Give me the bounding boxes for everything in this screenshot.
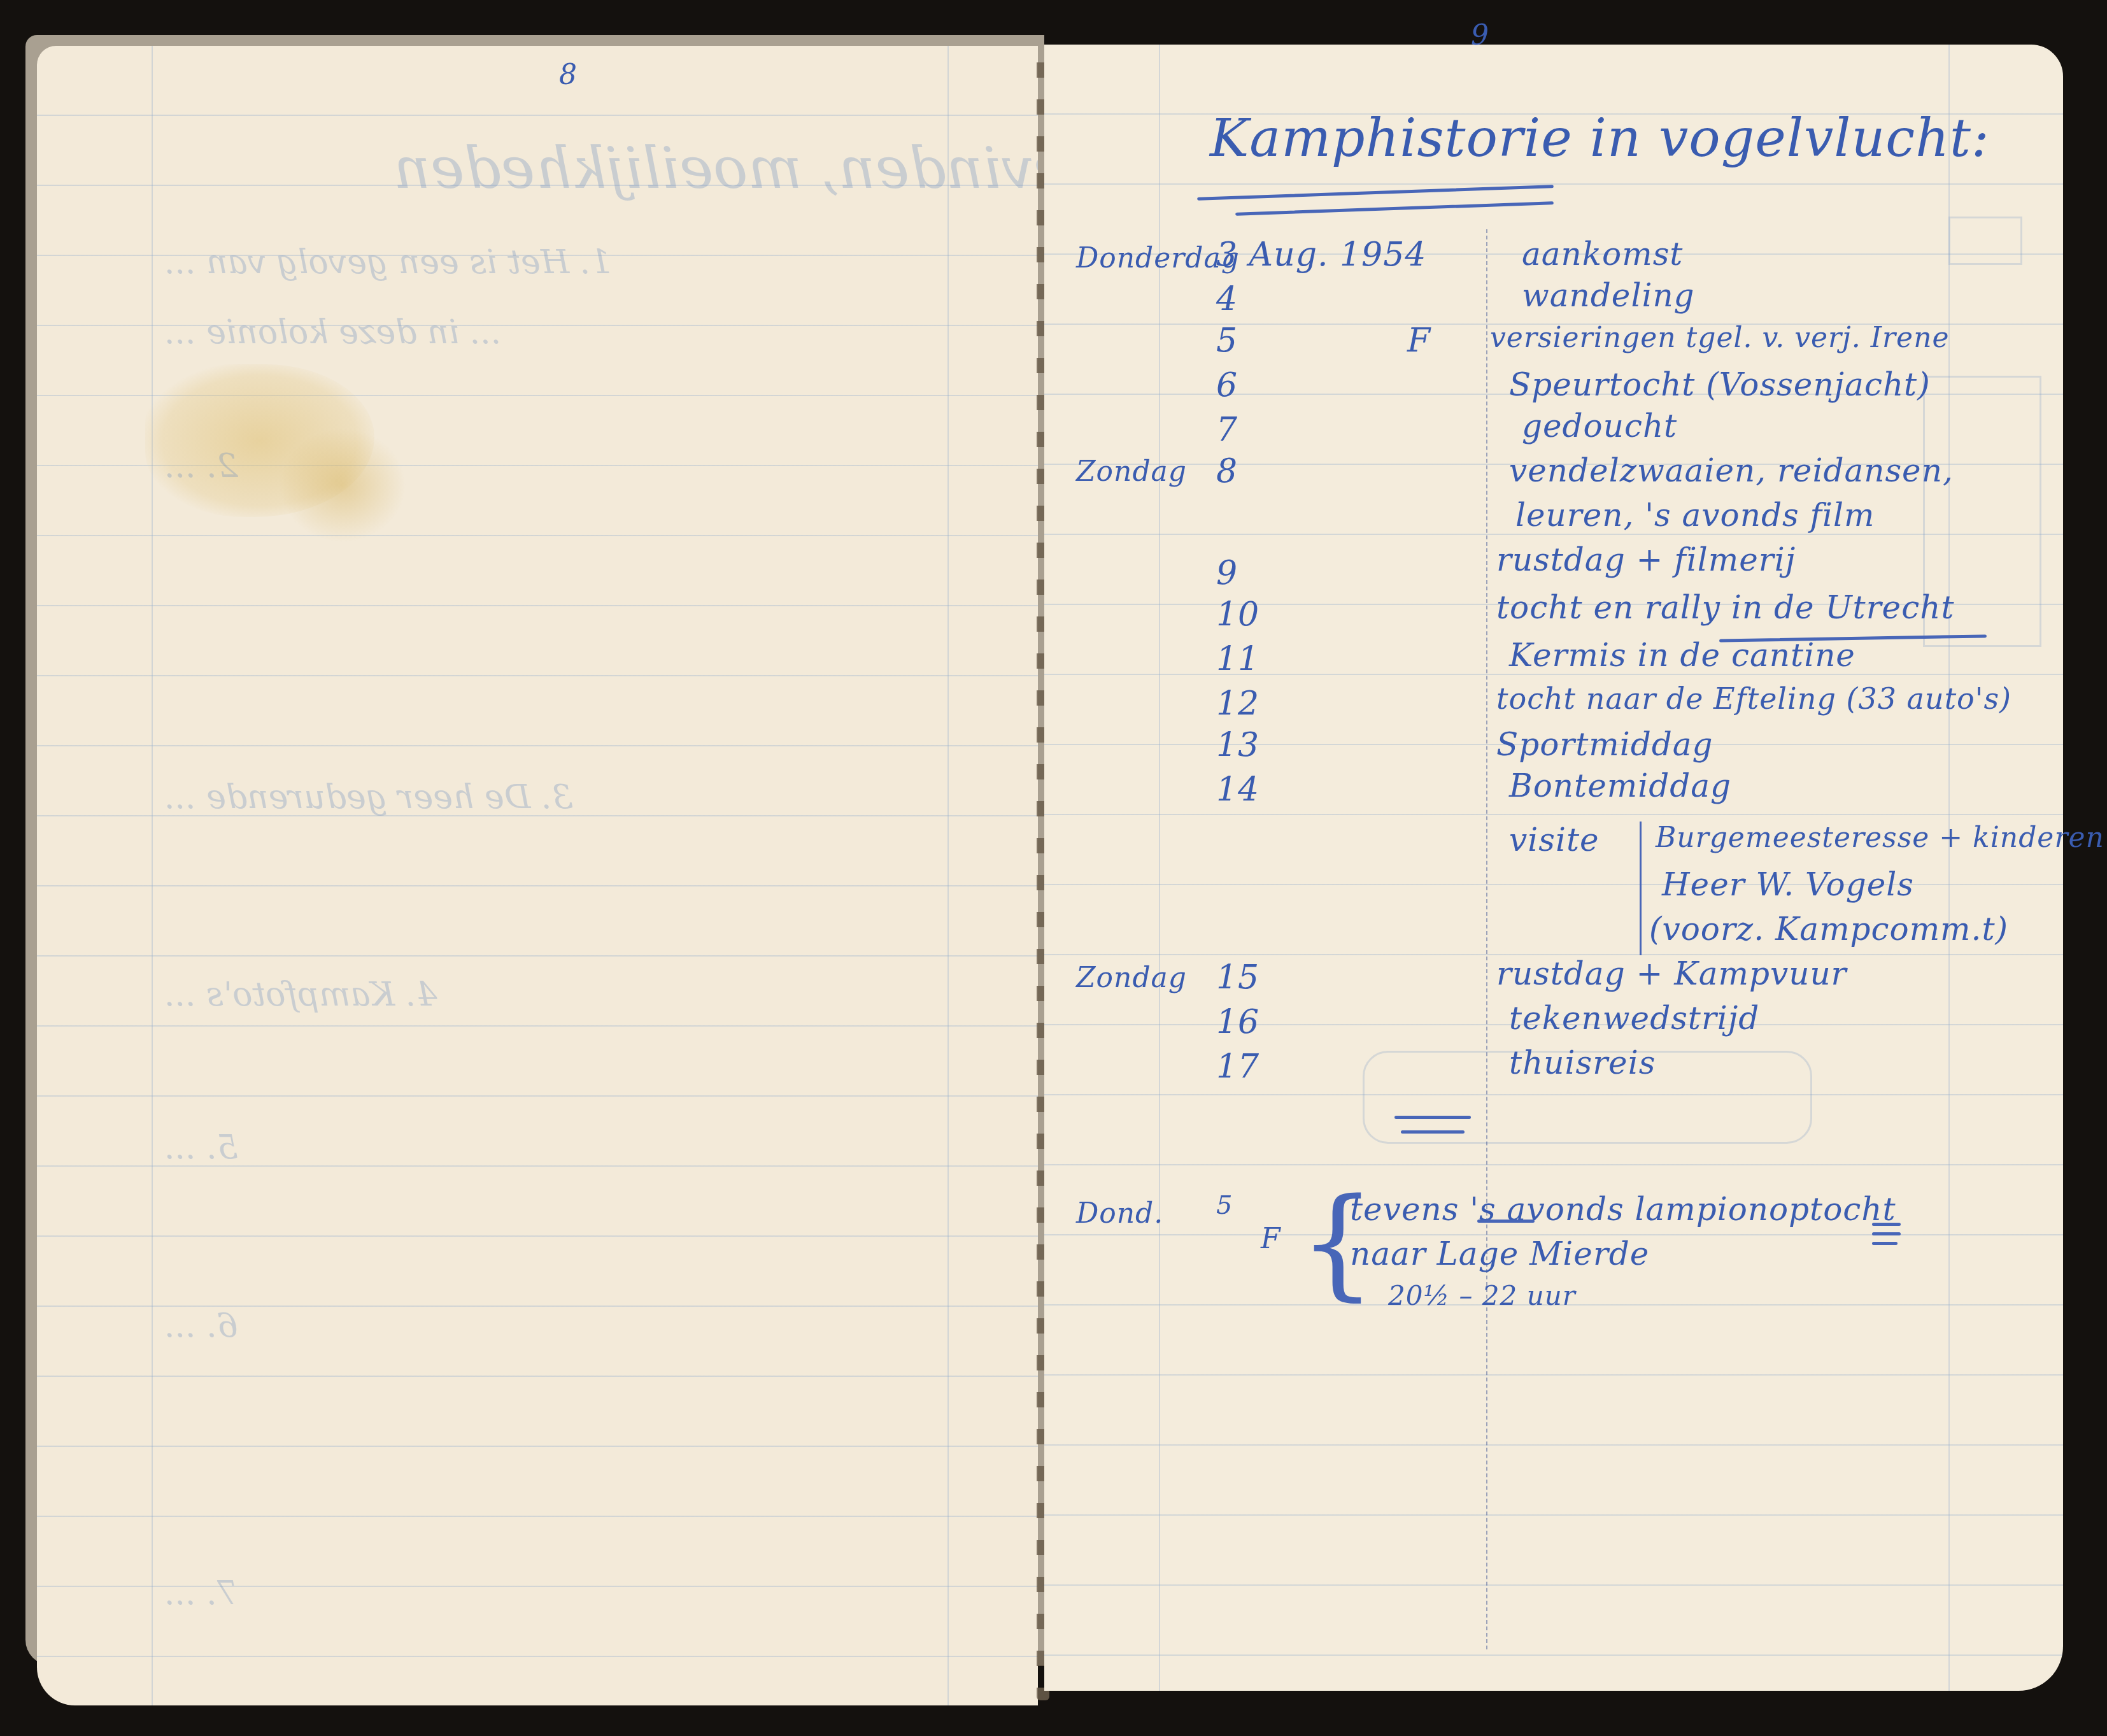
entry-date: 9: [1216, 554, 1238, 592]
footnote-line: tevens 's avonds lampionoptocht: [1350, 1191, 1896, 1228]
page-number: 8: [559, 59, 578, 91]
bleed-through-sketch: [1948, 217, 2022, 265]
page-number: 9: [1471, 19, 1489, 52]
visitor-line: Heer W. Vogels: [1662, 866, 1914, 903]
entry-date: 11: [1216, 640, 1259, 678]
entry-text: Kermis in de cantine: [1509, 637, 1855, 674]
bleed-through-line: 6. ...: [164, 1307, 238, 1345]
margin-line: [1159, 45, 1160, 1691]
bleed-through-line: 2. ...: [164, 447, 238, 485]
entry-text: versieringen tgel. v. verj. Irene: [1490, 322, 1950, 354]
entry-date: 13: [1216, 726, 1259, 764]
entry-text: vendelzwaaien, reidansen,: [1509, 452, 1954, 489]
text-underline: [1872, 1223, 1901, 1226]
left-page: 8 Bevinden, moeilijkheden 1. Het is een …: [37, 46, 1038, 1705]
entry-text: Sportmiddag: [1496, 726, 1713, 763]
separator-line: [1394, 1116, 1471, 1119]
entry-date: 5: [1216, 322, 1238, 360]
visit-brace: [1640, 822, 1642, 955]
visitor-line: (voorz. Kampcomm.t): [1649, 911, 2008, 948]
visit-label: visite: [1509, 822, 1600, 858]
bleed-through-heading: Bevinden, moeilijkheden: [394, 135, 1038, 202]
entry-date: 17: [1216, 1048, 1259, 1086]
entry-text: Bontemiddag: [1509, 767, 1731, 804]
entry-text: gedoucht: [1522, 408, 1677, 445]
bleed-through-line: 5. ...: [164, 1128, 238, 1167]
entry-text: tocht en rally in de Utrecht: [1496, 589, 1955, 626]
text-underline: [1872, 1242, 1898, 1245]
text-underline: [1477, 1220, 1535, 1223]
entry-date: 8: [1216, 452, 1238, 490]
page-title: Kamphistorie in vogelvlucht:: [1210, 108, 1990, 169]
entry-day: Zondag: [1076, 962, 1187, 994]
entry-text: thuisreis: [1509, 1044, 1656, 1081]
footnote-line: naar Lage Mierde: [1350, 1235, 1649, 1272]
footnote-mark: F: [1261, 1223, 1281, 1255]
margin-line: [947, 46, 949, 1705]
entry-text: aankomst: [1522, 236, 1683, 273]
margin-line: [152, 46, 153, 1705]
column-divider: [1486, 229, 1487, 1649]
bleed-through-line: ... in deze kolonie ...: [164, 313, 501, 352]
entry-text: wandeling: [1522, 277, 1695, 314]
bleed-through-line: 1. Het is een gevolg van ...: [164, 243, 611, 281]
text-underline: [1872, 1232, 1901, 1235]
entry-date: 7: [1216, 411, 1238, 449]
entry-date: 3 Aug. 1954: [1216, 236, 1426, 274]
entry-text: rustdag + filmerij: [1496, 541, 1796, 578]
entry-text: tocht naar de Efteling (33 auto's): [1496, 681, 2011, 716]
entry-day: Zondag: [1076, 455, 1187, 488]
entry-text: tekenwedstrijd: [1509, 1000, 1759, 1037]
entry-date: 6: [1216, 366, 1238, 404]
entry-date: 14: [1216, 771, 1259, 809]
entry-text: leuren, 's avonds film: [1515, 497, 1875, 534]
footnote-day: Dond.: [1076, 1197, 1163, 1230]
entry-text: Speurtocht (Vossenjacht): [1509, 366, 1931, 403]
separator-line: [1401, 1130, 1465, 1134]
entry-date: 15: [1216, 958, 1259, 997]
bleed-through-line: 4. Kampfoto's ...: [164, 976, 437, 1014]
entry-date: 12: [1216, 685, 1259, 723]
bleed-through-line: 7. ...: [164, 1574, 238, 1612]
margin-line: [1948, 45, 1950, 1691]
bleed-through-line: 3. De heer gedurende ...: [164, 778, 573, 816]
water-stain: [279, 428, 406, 543]
entry-text: rustdag + Kampvuur: [1496, 955, 1847, 992]
visitor-line: Burgemeesteresse + kinderen: [1656, 822, 2104, 854]
entry-day: Donderdag: [1076, 242, 1240, 274]
entry-mark: F: [1407, 322, 1431, 360]
footnote-date: 5: [1216, 1191, 1233, 1220]
entry-date: 4: [1216, 280, 1238, 318]
entry-date: 16: [1216, 1003, 1259, 1041]
footnote-line: 20½ – 22 uur: [1388, 1280, 1576, 1311]
entry-date: 10: [1216, 595, 1259, 634]
